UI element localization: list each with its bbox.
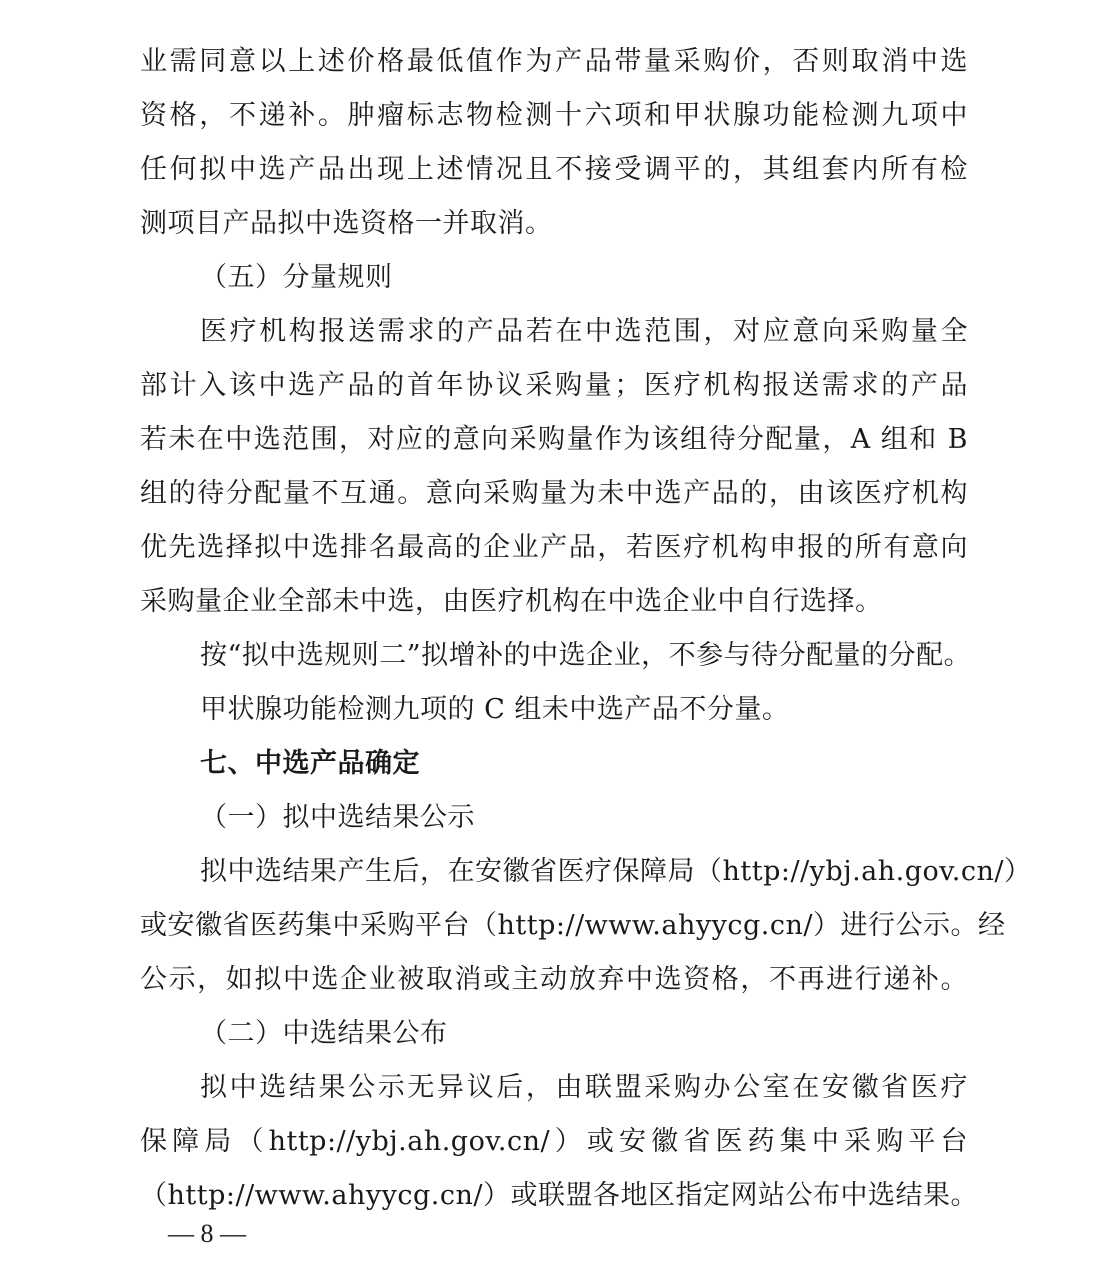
paragraph-line-p2-l4: 组的待分配量不互通。意向采购量为未中选产品的，由该医疗机构 — [140, 476, 968, 512]
paragraph-line-p5-l3: 公示，如拟中选企业被取消或主动放弃中选资格，不再进行递补。 — [140, 962, 968, 998]
paragraph-line-p6-l3: （http://www.ahyycg.cn/）或联盟各地区指定网站公布中选结果。 — [140, 1178, 968, 1214]
paragraph-line-p6-l2: 保障局（http://ybj.ah.gov.cn/）或安徽省医药集中采购平台 — [140, 1124, 968, 1160]
paragraph-line-p1-l3: 任何拟中选产品出现上述情况且不接受调平的，其组套内所有检 — [140, 152, 968, 188]
page-number: — 8 — — [168, 1218, 246, 1250]
section-heading-h-7-2: （二）中选结果公布 — [200, 1016, 1028, 1052]
paragraph-line-p5-l2: 或安徽省医药集中采购平台（http://www.ahyycg.cn/）进行公示。… — [140, 908, 968, 944]
section-heading-h-7-1: （一）拟中选结果公示 — [200, 800, 1028, 836]
paragraph-line-p2-l5: 优先选择拟中选排名最高的企业产品，若医疗机构申报的所有意向 — [140, 530, 968, 566]
section-heading-h-7: 七、中选产品确定 — [200, 746, 1028, 782]
paragraph-line-p2-l2: 部计入该中选产品的首年协议采购量；医疗机构报送需求的产品 — [140, 368, 968, 404]
paragraph-line-p1-l2: 资格，不递补。肿瘤标志物检测十六项和甲状腺功能检测九项中 — [140, 98, 968, 134]
paragraph-line-p2-l6: 采购量企业全部未中选，由医疗机构在中选企业中自行选择。 — [140, 584, 968, 620]
paragraph-line-p1-l1: 业需同意以上述价格最低值作为产品带量采购价，否则取消中选 — [140, 44, 968, 80]
document-page: 业需同意以上述价格最低值作为产品带量采购价，否则取消中选资格，不递补。肿瘤标志物… — [0, 0, 1102, 1261]
paragraph-line-p6-l1: 拟中选结果公示无异议后，由联盟采购办公室在安徽省医疗 — [200, 1070, 968, 1106]
section-heading-h-5: （五）分量规则 — [200, 260, 1028, 296]
paragraph-line-p3-l1: 按“拟中选规则二”拟增补的中选企业，不参与待分配量的分配。 — [200, 638, 968, 674]
paragraph-line-p2-l3: 若未在中选范围，对应的意向采购量作为该组待分配量，A 组和 B — [140, 422, 968, 458]
paragraph-line-p2-l1: 医疗机构报送需求的产品若在中选范围，对应意向采购量全 — [200, 314, 968, 350]
paragraph-line-p4-l1: 甲状腺功能检测九项的 C 组未中选产品不分量。 — [200, 692, 968, 728]
paragraph-line-p5-l1: 拟中选结果产生后，在安徽省医疗保障局（http://ybj.ah.gov.cn/… — [200, 854, 968, 890]
paragraph-line-p1-l4: 测项目产品拟中选资格一并取消。 — [140, 206, 968, 242]
